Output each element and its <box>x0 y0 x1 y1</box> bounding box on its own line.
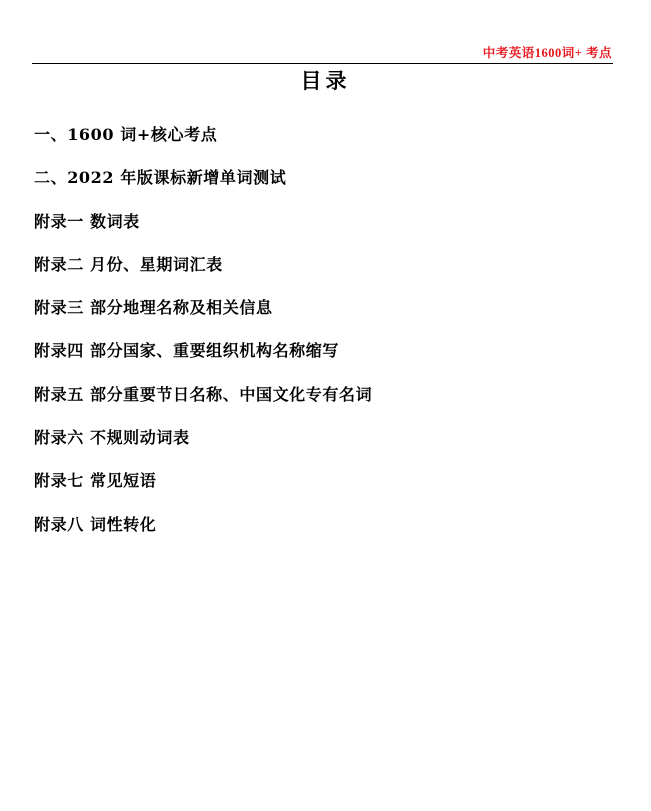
toc-item-appendix-7[interactable]: 附录七 常见短语 <box>34 468 372 511</box>
header-divider <box>32 63 613 64</box>
toc-item-appendix-2[interactable]: 附录二 月份、星期词汇表 <box>34 252 372 295</box>
toc-item-appendix-1[interactable]: 附录一 数词表 <box>34 209 372 252</box>
running-header-title: 中考英语1600词+ 考点 <box>483 45 612 61</box>
toc-item-1600-words[interactable]: 一、1600 词+核心考点 <box>34 122 372 165</box>
toc-item-2022-new-words-test[interactable]: 二、2022 年版课标新增单词测试 <box>34 165 372 208</box>
page-title: 目录 <box>0 67 651 95</box>
toc-item-appendix-8[interactable]: 附录八 词性转化 <box>34 512 372 555</box>
toc-item-appendix-5[interactable]: 附录五 部分重要节日名称、中国文化专有名词 <box>34 382 372 425</box>
toc-item-appendix-4[interactable]: 附录四 部分国家、重要组织机构名称缩写 <box>34 338 372 381</box>
toc-item-appendix-3[interactable]: 附录三 部分地理名称及相关信息 <box>34 295 372 338</box>
table-of-contents: 一、1600 词+核心考点 二、2022 年版课标新增单词测试 附录一 数词表 … <box>34 122 372 555</box>
document-page: 中考英语1600词+ 考点 目录 一、1600 词+核心考点 二、2022 年版… <box>0 0 651 811</box>
toc-item-appendix-6[interactable]: 附录六 不规则动词表 <box>34 425 372 468</box>
